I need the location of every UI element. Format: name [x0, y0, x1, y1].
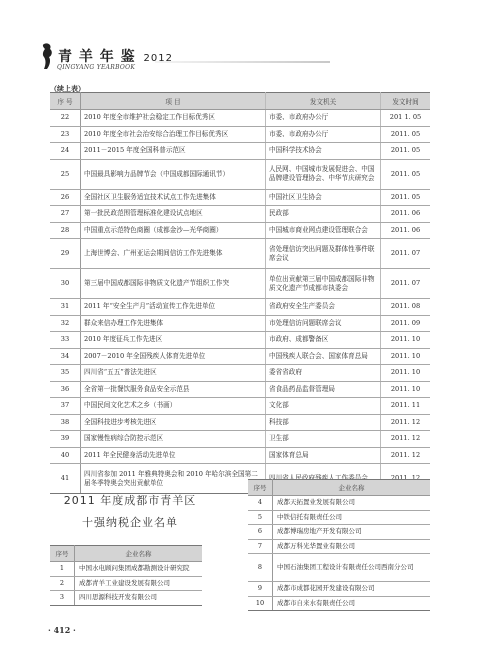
- cell-company: 四川思源科技开发有限公司: [75, 591, 203, 606]
- header-seq: 序 号: [50, 93, 81, 110]
- table-row: 28中国重点示范特色商圈（成都金沙—光华商圈）中国城市商业网点建设管理联合会20…: [50, 222, 430, 239]
- cell-time: 2011. 10: [381, 381, 431, 398]
- cell-org: 市委、市政府办公厅: [266, 110, 381, 127]
- cell-company: 成都万科光华置业有限公司: [273, 539, 431, 554]
- cell-seq: 29: [50, 239, 81, 269]
- table-row: 27第一批民政范围管理标准化建设试点地区民政部2011. 06: [50, 206, 430, 223]
- cell-seq: 22: [50, 110, 81, 127]
- cell-org: 省处理信访突出问题及群体性事件联席会议: [266, 239, 381, 269]
- header-item: 项 目: [81, 93, 266, 110]
- cell-item: 第一批民政范围管理标准化建设试点地区: [81, 206, 266, 223]
- header-org: 发文机关: [266, 93, 381, 110]
- top-taxpayers-table-right: 序号 企业名称 4成都天拓置业发展有限公司5中铁信托有限责任公司6成都博瑞房地产…: [248, 479, 430, 611]
- cell-time: 2011. 10: [381, 365, 431, 382]
- cell-seq: 35: [50, 365, 81, 382]
- cell-item: 群众来信办理工作先进集体: [81, 315, 266, 332]
- cell-seq: 39: [50, 431, 81, 448]
- cell-seq: 6: [248, 525, 273, 540]
- table-row: 9成都市成都花园开发建设有限公司: [248, 582, 430, 597]
- cell-seq: 10: [248, 596, 273, 611]
- table-row: 7成都万科光华置业有限公司: [248, 539, 430, 554]
- cell-org: 中国城市商业网点建设管理联合会: [266, 222, 381, 239]
- table-row: 4成都天拓置业发展有限公司: [248, 496, 430, 511]
- table-row: 38全国科技进步考核先进区科技部2011. 12: [50, 414, 430, 431]
- table-row: 6成都博瑞房地产开发有限公司: [248, 525, 430, 540]
- cell-time: 2011. 07: [381, 239, 431, 269]
- table-row: 2成都青羊工业建设发展有限公司: [50, 576, 202, 591]
- yearbook-title: 青 羊 年 鉴 2012: [58, 46, 173, 66]
- cell-item: 中国最具影响力品牌节会（中国成都国际通讯节）: [81, 159, 266, 189]
- table-row: 402011 年全民健身活动先进单位国家体育总局2011. 12: [50, 447, 430, 464]
- cell-item: 2011 年“安全生产月”活动宣传工作先进单位: [81, 299, 266, 316]
- cell-seq: 41: [50, 464, 81, 494]
- cell-org: 省食品药品监督管理局: [266, 381, 381, 398]
- table-row: 312011 年“安全生产月”活动宣传工作先进单位省政府安全生产委员会2011.…: [50, 299, 430, 316]
- cell-time: 2011. 11: [381, 398, 431, 415]
- cell-org: 国家体育总局: [266, 447, 381, 464]
- cell-seq: 37: [50, 398, 81, 415]
- cell-item: 2010 年度征兵工作先进区: [81, 332, 266, 349]
- table-row: 35四川省“五五”普法先进区委省省政府2011. 10: [50, 365, 430, 382]
- header-divider: [155, 61, 330, 63]
- cell-seq: 36: [50, 381, 81, 398]
- cell-time: 2011. 05: [381, 189, 431, 206]
- table-header-row: 序 号 项 目 发文机关 发文时间: [50, 93, 430, 110]
- cell-time: 2011. 05: [381, 159, 431, 189]
- cell-item: 2011 年全民健身活动先进单位: [81, 447, 266, 464]
- header-seq: 序号: [50, 546, 75, 562]
- cell-seq: 25: [50, 159, 81, 189]
- cell-time: 2011. 12: [381, 414, 431, 431]
- cell-time: 2011. 12: [381, 431, 431, 448]
- cell-seq: 3: [50, 591, 75, 606]
- table-row: 222010 年度全市维护社会稳定工作目标优秀区市委、市政府办公厅201 1. …: [50, 110, 430, 127]
- section-title-line2: 十强纳税企业名单: [50, 512, 210, 534]
- cell-item: 2007－2010 年全国残疾人体育先进单位: [81, 348, 266, 365]
- cell-seq: 27: [50, 206, 81, 223]
- cell-org: 卫生部: [266, 431, 381, 448]
- top-taxpayers-table-left: 序号 企业名称 1中国水电顾问集团成都勘测设计研究院2成都青羊工业建设发展有限公…: [50, 545, 202, 606]
- cell-seq: 31: [50, 299, 81, 316]
- table-row: 10成都市自来水有限责任公司: [248, 596, 430, 611]
- table-row: 37中国民间文化艺术之乡（书画）文化部2011. 11: [50, 398, 430, 415]
- cell-time: 2011. 06: [381, 222, 431, 239]
- header-seq: 序号: [248, 480, 273, 496]
- cell-company: 成都青羊工业建设发展有限公司: [75, 576, 203, 591]
- cell-company: 成都市成都花园开发建设有限公司: [273, 582, 431, 597]
- cell-seq: 26: [50, 189, 81, 206]
- cell-org: 市委、市政府办公厅: [266, 126, 381, 143]
- table-row: 32群众来信办理工作先进集体市处理信访问题联席会议2011. 09: [50, 315, 430, 332]
- cell-seq: 34: [50, 348, 81, 365]
- cell-org: 市政府、成都警备区: [266, 332, 381, 349]
- cell-item: 四川省“五五”普法先进区: [81, 365, 266, 382]
- cell-company: 中国石油集团工程设计有限责任公司西南分公司: [273, 554, 431, 582]
- cell-item: 全国社区卫生服务适宜技术试点工作先进集体: [81, 189, 266, 206]
- cell-org: 文化部: [266, 398, 381, 415]
- cell-seq: 7: [248, 539, 273, 554]
- cell-org: 单位出贡献第三届中国成都国际非物质文化遗产节成都市执委会: [266, 269, 381, 299]
- section-title: 2011 年度成都市青羊区 十强纳税企业名单: [50, 490, 210, 534]
- table-header-row: 序号 企业名称: [50, 546, 202, 562]
- table-row: 36全省第一批餐饮服务食品安全示范县省食品药品监督管理局2011. 10: [50, 381, 430, 398]
- cell-item: 2011－2015 年度全国科普示范区: [81, 143, 266, 160]
- yearbook-subtitle: QINGYANG YEARBOOK: [57, 64, 135, 71]
- cell-item: 2010 年度全市社会治安综合治理工作目标优秀区: [81, 126, 266, 143]
- cell-time: 2011. 05: [381, 126, 431, 143]
- table-header-row: 序号 企业名称: [248, 480, 430, 496]
- table-row: 342007－2010 年全国残疾人体育先进单位中国残疾人联合会、国家体育总局2…: [50, 348, 430, 365]
- table-row: 25中国最具影响力品牌节会（中国成都国际通讯节）人民网、中国城市发展促进会、中国…: [50, 159, 430, 189]
- header-company: 企业名称: [273, 480, 431, 496]
- cell-seq: 4: [248, 496, 273, 511]
- cell-org: 人民网、中国城市发展促进会、中国品牌建设管理协会、中华节庆研究会: [266, 159, 381, 189]
- page-header: 青 羊 年 鉴 2012 QINGYANG YEARBOOK: [40, 40, 460, 74]
- table-row: 3四川思源科技开发有限公司: [50, 591, 202, 606]
- cell-seq: 24: [50, 143, 81, 160]
- cell-org: 中国社区卫生协会: [266, 189, 381, 206]
- cell-seq: 32: [50, 315, 81, 332]
- cell-seq: 28: [50, 222, 81, 239]
- cell-seq: 23: [50, 126, 81, 143]
- cell-seq: 40: [50, 447, 81, 464]
- header-company: 企业名称: [75, 546, 203, 562]
- cell-org: 民政部: [266, 206, 381, 223]
- table-row: 30第三届中国成都国际非物质文化遗产节组织工作突单位出贡献第三届中国成都国际非物…: [50, 269, 430, 299]
- table-row: 232010 年度全市社会治安综合治理工作目标优秀区市委、市政府办公厅2011.…: [50, 126, 430, 143]
- cell-time: 2011. 06: [381, 206, 431, 223]
- cell-company: 成都博瑞房地产开发有限公司: [273, 525, 431, 540]
- table-row: 39国家慢性病综合防控示范区卫生部2011. 12: [50, 431, 430, 448]
- cell-org: 中国残疾人联合会、国家体育总局: [266, 348, 381, 365]
- cell-item: 中国民间文化艺术之乡（书画）: [81, 398, 266, 415]
- table-row: 29上海世博会、广州亚运会期间信访工作先进集体省处理信访突出问题及群体性事件联席…: [50, 239, 430, 269]
- table-row: 5中铁信托有限责任公司: [248, 510, 430, 525]
- table-row: 8中国石油集团工程设计有限责任公司西南分公司: [248, 554, 430, 582]
- page-number: · 412 ·: [48, 625, 76, 635]
- cell-item: 全省第一批餐饮服务食品安全示范县: [81, 381, 266, 398]
- table-row: 26全国社区卫生服务适宜技术试点工作先进集体中国社区卫生协会2011. 05: [50, 189, 430, 206]
- yearbook-name: 青 羊 年 鉴: [58, 49, 136, 65]
- cell-time: 201 1. 05: [381, 110, 431, 127]
- cell-company: 中铁信托有限责任公司: [273, 510, 431, 525]
- header-time: 发文时间: [381, 93, 431, 110]
- cell-org: 市处理信访问题联席会议: [266, 315, 381, 332]
- cell-item: 上海世博会、广州亚运会期间信访工作先进集体: [81, 239, 266, 269]
- cell-org: 中国科学技术协会: [266, 143, 381, 160]
- cell-seq: 38: [50, 414, 81, 431]
- cell-seq: 1: [50, 562, 75, 577]
- cell-item: 第三届中国成都国际非物质文化遗产节组织工作突: [81, 269, 266, 299]
- section-title-line1: 2011 年度成都市青羊区: [50, 490, 210, 512]
- cell-time: 2011. 10: [381, 332, 431, 349]
- cell-org: 科技部: [266, 414, 381, 431]
- cell-time: 2011. 09: [381, 315, 431, 332]
- cell-company: 成都天拓置业发展有限公司: [273, 496, 431, 511]
- cell-company: 中国水电顾问集团成都勘测设计研究院: [75, 562, 203, 577]
- cell-org: 省政府安全生产委员会: [266, 299, 381, 316]
- cell-item: 2010 年度全市维护社会稳定工作目标优秀区: [81, 110, 266, 127]
- cell-item: 国家慢性病综合防控示范区: [81, 431, 266, 448]
- cell-time: 2011. 08: [381, 299, 431, 316]
- cell-item: 中国重点示范特色商圈（成都金沙—光华商圈）: [81, 222, 266, 239]
- cell-time: 2011. 07: [381, 269, 431, 299]
- cell-seq: 2: [50, 576, 75, 591]
- cell-seq: 30: [50, 269, 81, 299]
- cell-item: 四川省参加 2011 年雅典特奥会和 2010 年哈尔滨全国第二届冬季特奥会突出…: [81, 464, 266, 494]
- yearbook-logo-icon: [40, 42, 56, 70]
- cell-time: 2011. 05: [381, 143, 431, 160]
- cell-item: 全国科技进步考核先进区: [81, 414, 266, 431]
- cell-company: 成都市自来水有限责任公司: [273, 596, 431, 611]
- cell-org: 委省省政府: [266, 365, 381, 382]
- table-row: 242011－2015 年度全国科普示范区中国科学技术协会2011. 05: [50, 143, 430, 160]
- table-row: 1中国水电顾问集团成都勘测设计研究院: [50, 562, 202, 577]
- table-row: 332010 年度征兵工作先进区市政府、成都警备区2011. 10: [50, 332, 430, 349]
- cell-seq: 33: [50, 332, 81, 349]
- honors-table: 序 号 项 目 发文机关 发文时间 222010 年度全市维护社会稳定工作目标优…: [50, 92, 430, 494]
- cell-time: 2011. 10: [381, 348, 431, 365]
- cell-seq: 9: [248, 582, 273, 597]
- cell-seq: 5: [248, 510, 273, 525]
- cell-seq: 8: [248, 554, 273, 582]
- cell-time: 2011. 12: [381, 447, 431, 464]
